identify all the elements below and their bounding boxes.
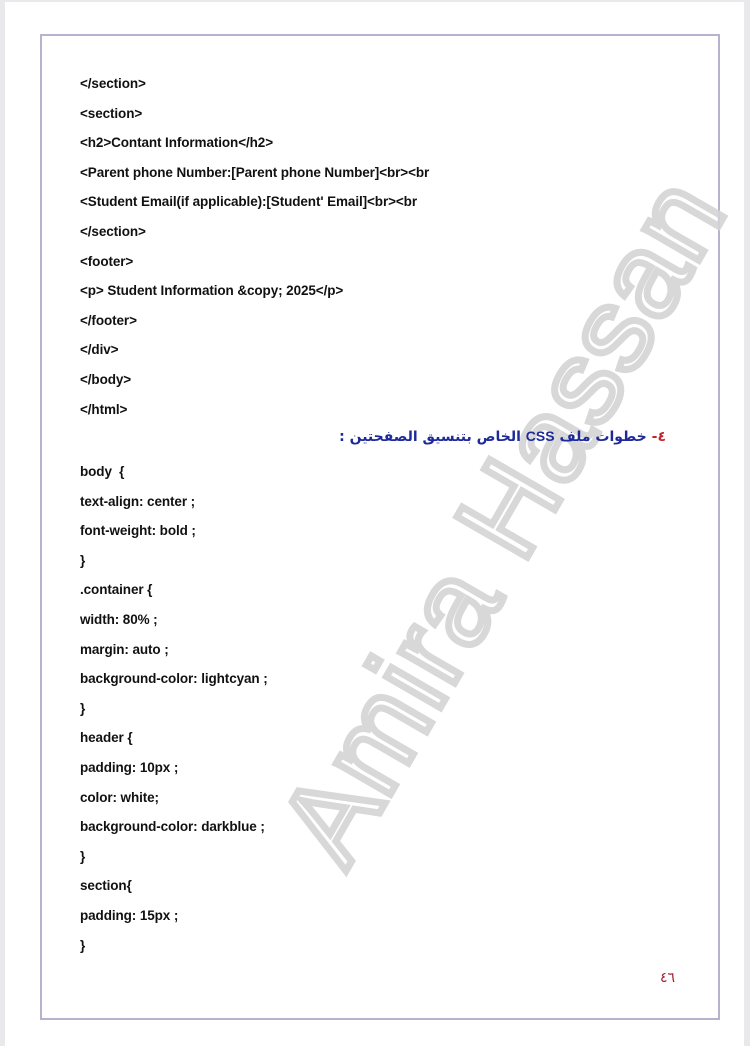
code-line: body { [80, 462, 268, 492]
section-heading: ٤- خطوات ملف CSS الخاص بتنسيق الصفحتين : [339, 428, 666, 445]
code-line: </body> [80, 370, 429, 400]
code-line: color: white; [80, 788, 268, 818]
code-line: <Student Email(if applicable):[Student' … [80, 192, 429, 222]
heading-text-after: الخاص بتنسيق الصفحتين : [339, 429, 521, 445]
code-line: background-color: lightcyan ; [80, 669, 268, 699]
code-line: } [80, 699, 268, 729]
code-line: <p> Student Information &copy; 2025</p> [80, 281, 429, 311]
code-line: } [80, 551, 268, 581]
css-code-block: body {text-align: center ;font-weight: b… [80, 462, 268, 965]
code-line: </div> [80, 340, 429, 370]
code-line: } [80, 847, 268, 877]
code-line: </html> [80, 400, 429, 430]
code-line: </section> [80, 74, 429, 104]
code-line: <h2>Contant Information</h2> [80, 133, 429, 163]
code-line: padding: 15px ; [80, 906, 268, 936]
code-line: margin: auto ; [80, 640, 268, 670]
code-line: </footer> [80, 311, 429, 341]
code-line: font-weight: bold ; [80, 521, 268, 551]
code-line: <Parent phone Number:[Parent phone Numbe… [80, 163, 429, 193]
heading-text-before: خطوات ملف [559, 429, 646, 445]
heading-text-css: CSS [526, 428, 555, 444]
code-line: padding: 10px ; [80, 758, 268, 788]
code-line: section{ [80, 876, 268, 906]
heading-number: ٤- [652, 429, 666, 445]
code-line: </section> [80, 222, 429, 252]
document-page: Amira Hassan </section><section><h2>Cont… [5, 2, 744, 1046]
code-line: header { [80, 728, 268, 758]
code-line: <section> [80, 104, 429, 134]
code-line: background-color: darkblue ; [80, 817, 268, 847]
html-code-block: </section><section><h2>Contant Informati… [80, 74, 429, 429]
page-number: ٤٦ [660, 970, 675, 986]
code-line: .container { [80, 580, 268, 610]
code-line: text-align: center ; [80, 492, 268, 522]
code-line: width: 80% ; [80, 610, 268, 640]
code-line: } [80, 936, 268, 966]
code-line: <footer> [80, 252, 429, 282]
